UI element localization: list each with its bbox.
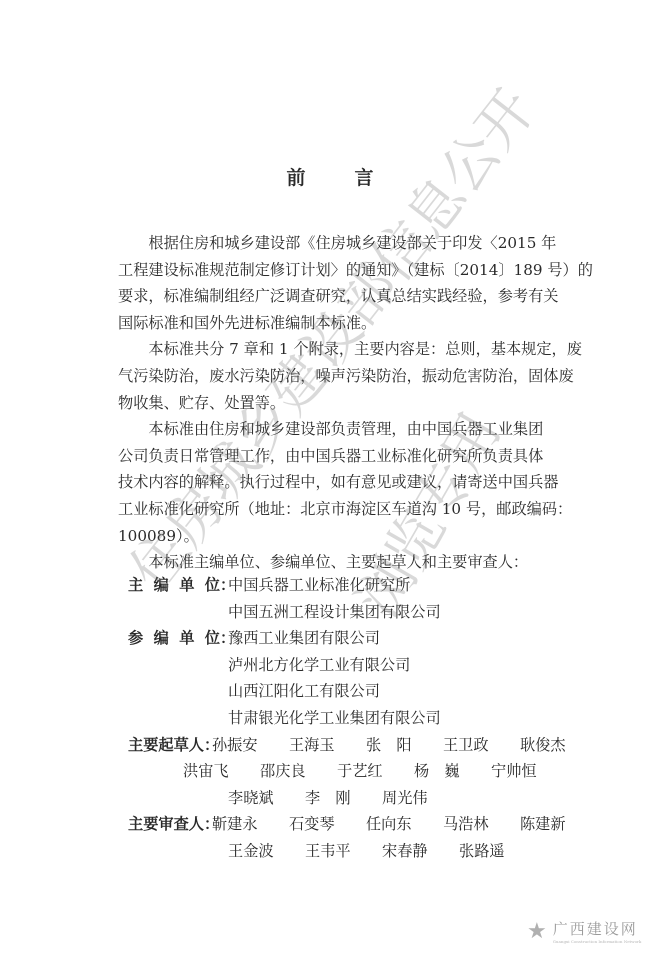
text-line: 根据住房和城乡建设部《住房城乡建设部关于印发〈2015 年 [118,230,558,257]
reviewer-name: 王金波 [228,838,305,865]
reviewer-name: 张路遥 [459,838,536,865]
chief-units-label: 主编单位： [128,572,228,599]
participating-unit: 豫西工业集团有限公司 [228,625,380,652]
reviewer-name: 任向东 [366,811,443,838]
drafter-name: 王海玉 [289,732,366,759]
reviewer-name: 石变琴 [289,811,366,838]
title-char-1: 前 [286,163,306,190]
title-char-2: 言 [355,163,375,190]
text-line: 要求，标准编制组经广泛调查研究，认真总结实践经验，参考有关 [88,283,558,310]
drafter-name: 洪宙飞 [183,758,260,785]
chief-unit: 中国兵器工业标准化研究所 [228,572,410,599]
drafter-name: 孙振安 [212,732,289,759]
drafter-name: 耿俊杰 [520,732,597,759]
drafters-label: 主要起草人： [128,732,212,759]
text-line: 物收集、贮存、处置等。 [88,390,558,417]
drafter-name: 宁帅恒 [491,758,568,785]
drafter-name: 周光伟 [382,785,459,812]
drafter-name: 于艺红 [337,758,414,785]
drafter-name: 杨 巍 [414,758,491,785]
preface-body: 根据住房和城乡建设部《住房城乡建设部关于印发〈2015 年 工程建设标准规范制定… [118,230,558,576]
drafter-name: 邵庆良 [260,758,337,785]
text-line: 国际标准和国外先进标准编制本标准。 [88,310,558,337]
drafter-name: 王卫政 [443,732,520,759]
star-logo-icon: ★ [527,919,547,944]
logo-subtitle: Guangxi Construction Information Network [553,939,642,944]
drafter-name: 李晓斌 [228,785,305,812]
reviewer-name: 宋春静 [382,838,459,865]
site-logo: ★ 广西建设网 Guangxi Construction Information… [527,918,641,944]
reviewer-name: 陈建新 [520,811,597,838]
text-line: 工程建设标准规范制定修订计划〉的通知》（建标〔2014〕189 号）的 [88,257,558,284]
reviewers-row: 主要审查人： 靳建永 石变琴 任向东 马浩林 陈建新 [128,811,568,838]
roster: 主编单位： 中国兵器工业标准化研究所 中国五洲工程设计集团有限公司 参编单位： … [128,572,568,865]
reviewer-name: 王韦平 [305,838,382,865]
participating-unit: 泸州北方化学工业有限公司 [228,652,410,679]
logo-text: 广西建设网 [553,918,642,939]
text-line: 公司负责日常管理工作，由中国兵器工业标准化研究所负责具体 [88,443,558,470]
text-line: 100089）。 [88,523,558,550]
drafter-name: 李 刚 [305,785,382,812]
text-line: 工业标准化研究所（地址：北京市海淀区车道沟 10 号，邮政编码： [88,496,558,523]
reviewer-name: 马浩林 [443,811,520,838]
participating-unit: 甘肃银光化学工业集团有限公司 [228,705,441,732]
participating-units-row: 参编单位： 豫西工业集团有限公司 [128,625,568,652]
chief-unit: 中国五洲工程设计集团有限公司 [228,599,441,626]
chief-units-row: 主编单位： 中国兵器工业标准化研究所 [128,572,568,599]
drafters-row: 主要起草人： 孙振安 王海玉 张 阳 王卫政 耿俊杰 [128,732,568,759]
participating-units-label: 参编单位： [128,625,228,652]
paragraph-2: 本标准共分 7 章和 1 个附录，主要内容是：总则，基本规定，废 气污染防治，废… [118,336,558,416]
text-line: 本标准由住房和城乡建设部负责管理，由中国兵器工业集团 [118,416,558,443]
text-line: 技术内容的解释。执行过程中，如有意见或建议，请寄送中国兵器 [88,469,558,496]
participating-unit: 山西江阳化工有限公司 [228,678,380,705]
paragraph-1: 根据住房和城乡建设部《住房城乡建设部关于印发〈2015 年 工程建设标准规范制定… [118,230,558,336]
reviewers-label: 主要审查人： [128,811,212,838]
paragraph-3: 本标准由住房和城乡建设部负责管理，由中国兵器工业集团 公司负责日常管理工作，由中… [118,416,558,549]
reviewer-name: 靳建永 [212,811,289,838]
page-title: 前言 [0,163,661,190]
text-line: 气污染防治，废水污染防治，噪声污染防治，振动危害防治，固体废 [88,363,558,390]
drafter-name: 张 阳 [366,732,443,759]
text-line: 本标准共分 7 章和 1 个附录，主要内容是：总则，基本规定，废 [118,336,558,363]
